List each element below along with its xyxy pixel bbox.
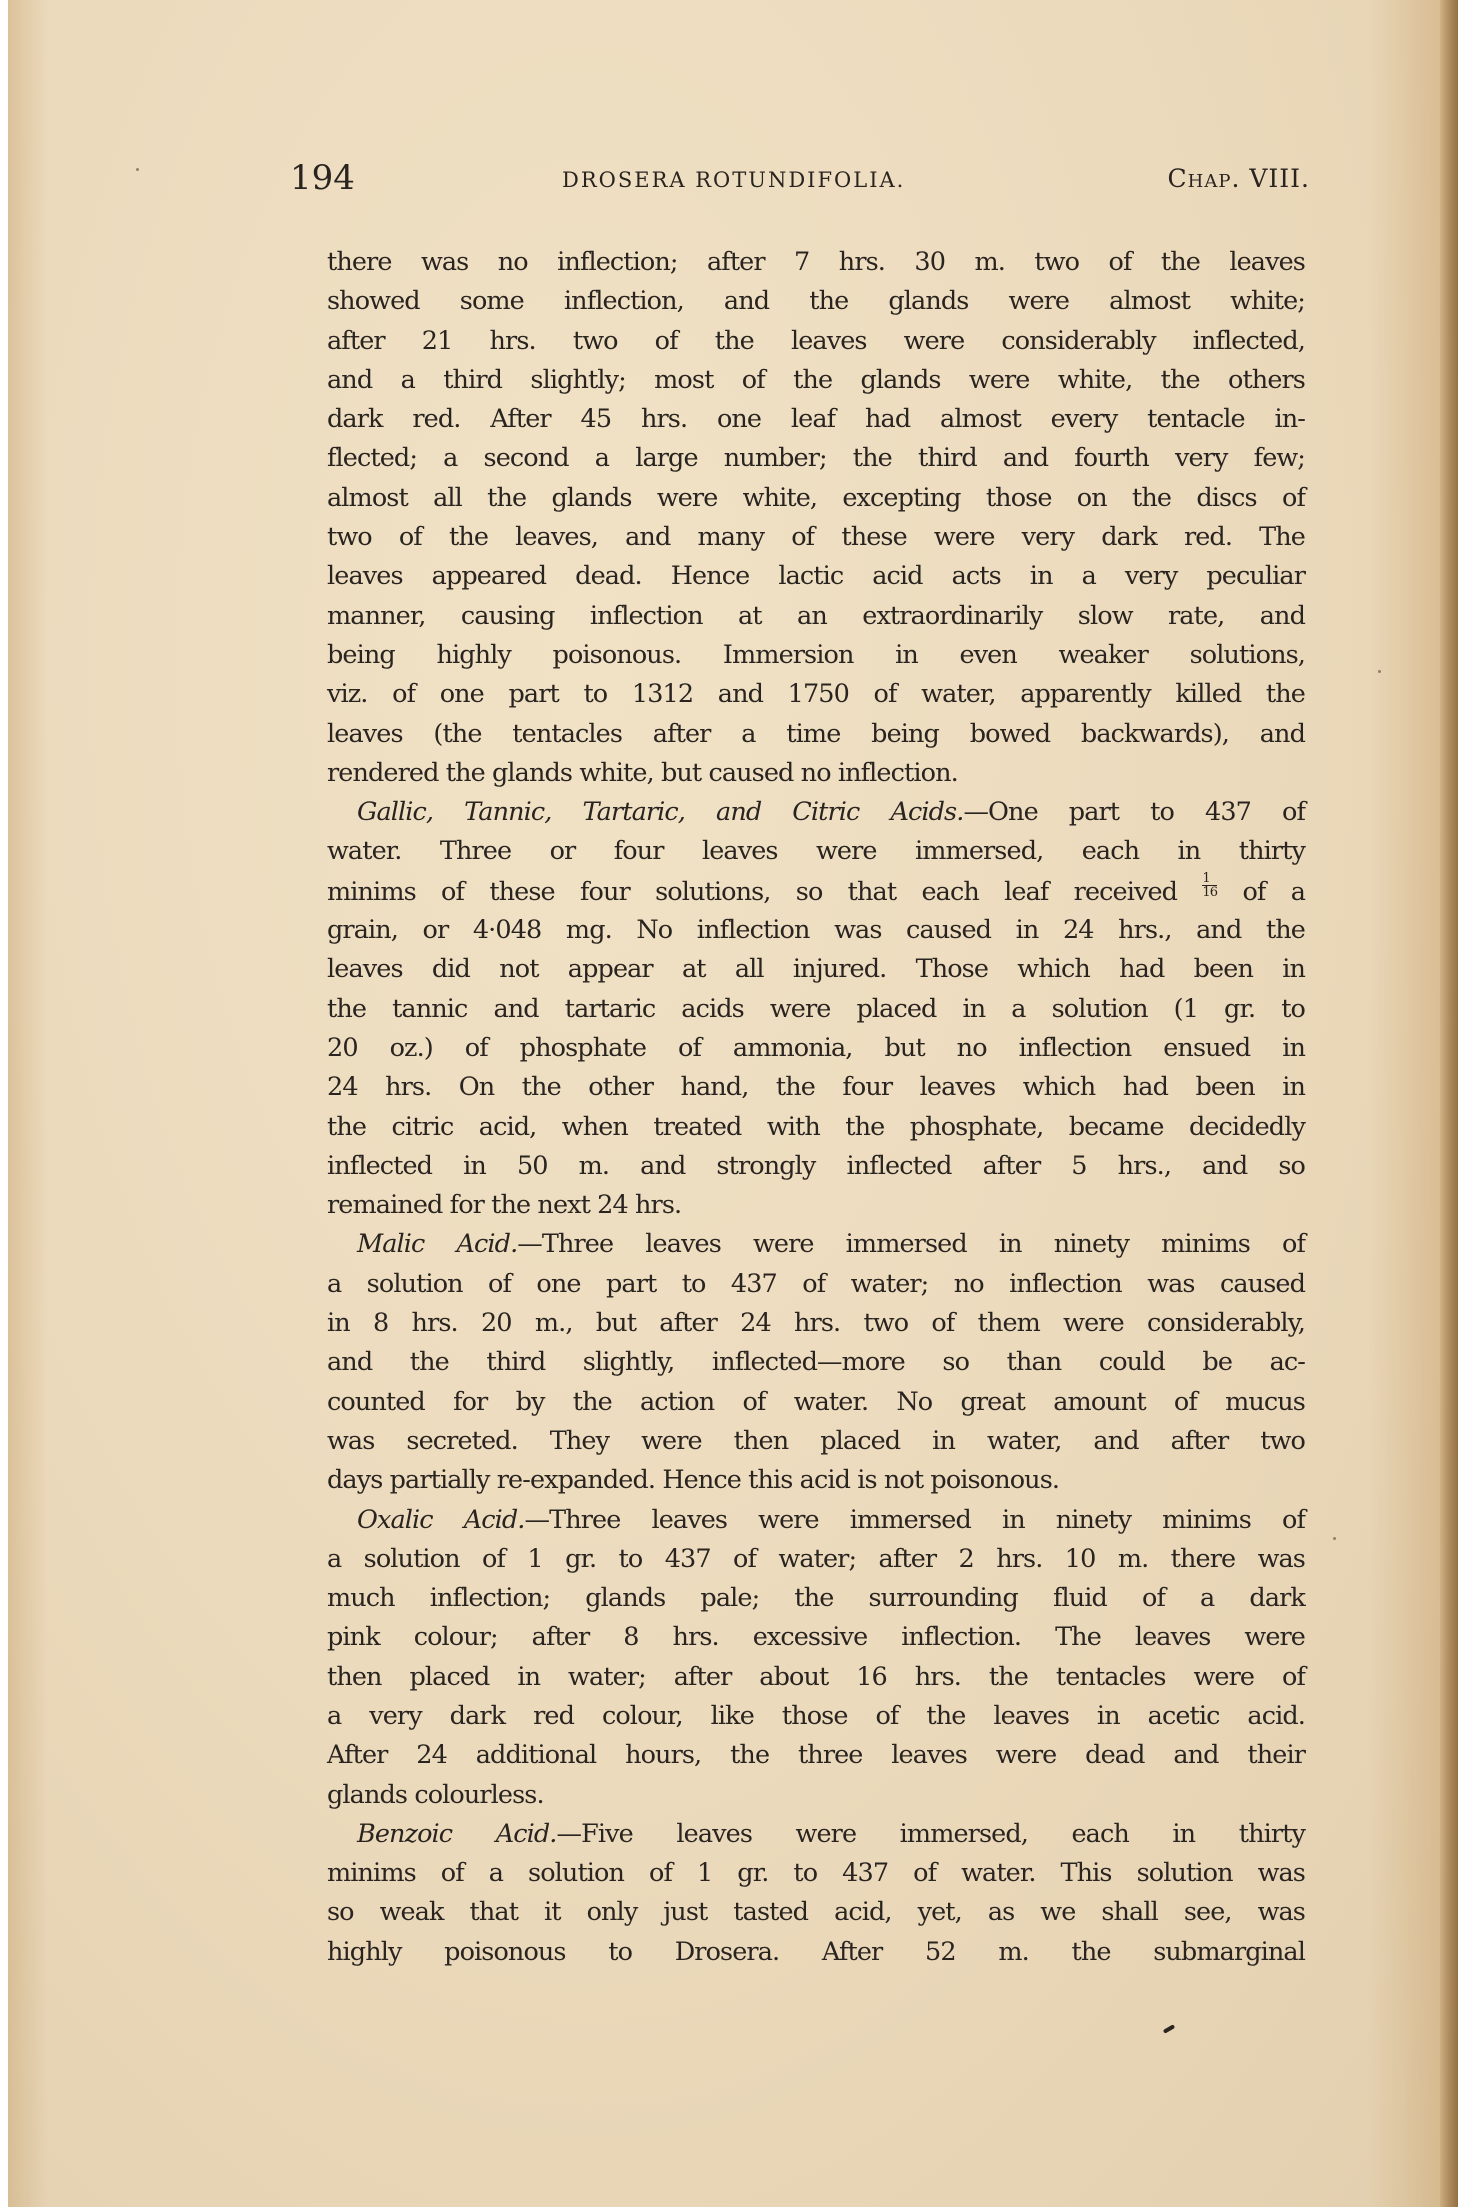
text-line: viz. of one part to 1312 and 1750 of wat… — [327, 675, 1305, 714]
text-line: a very dark red colour, like those of th… — [327, 1697, 1305, 1736]
text-line: inflected in 50 m. and strongly inflecte… — [327, 1147, 1305, 1186]
paper-speck — [1333, 1537, 1336, 1540]
paragraph-malic: Malic Acid.—Three leaves were immersed i… — [327, 1225, 1305, 1500]
text-line: and a third slightly; most of the glands… — [327, 361, 1305, 400]
text-line: after 21 hrs. two of the leaves were con… — [327, 322, 1305, 361]
body-text: there was no inflection; after 7 hrs. 30… — [327, 243, 1305, 1972]
text-line: Oxalic Acid.—Three leaves were immersed … — [327, 1501, 1305, 1540]
section-heading: Malic Acid. — [357, 1229, 517, 1259]
paragraph-benzoic: Benzoic Acid.—Five leaves were immersed,… — [327, 1815, 1305, 1972]
text-line: flected; a second a large number; the th… — [327, 439, 1305, 478]
text-line: leaves (the tentacles after a time being… — [327, 715, 1305, 754]
text-line: and the third slightly, inflected—more s… — [327, 1343, 1305, 1382]
text-line: glands colourless. — [327, 1776, 1305, 1815]
text-line: much inflection; glands pale; the surrou… — [327, 1579, 1305, 1618]
text-line: After 24 additional hours, the three lea… — [327, 1736, 1305, 1775]
paragraph-oxalic: Oxalic Acid.—Three leaves were immersed … — [327, 1501, 1305, 1815]
paragraph-lactic-continued: there was no inflection; after 7 hrs. 30… — [327, 243, 1305, 793]
text-line: the tannic and tartaric acids were place… — [327, 990, 1305, 1029]
running-header: 194 DROSERA ROTUNDIFOLIA. Chap. VIII. — [290, 158, 1310, 208]
paragraph-gallic-tannic-tartaric-citric: Gallic, Tannic, Tartaric, and Citric Aci… — [327, 793, 1305, 1225]
text-line: showed some inflection, and the glands w… — [327, 282, 1305, 321]
text-line: in 8 hrs. 20 m., but after 24 hrs. two o… — [327, 1304, 1305, 1343]
section-heading: Gallic, Tannic, Tartaric, and Citric Aci… — [357, 797, 963, 827]
chapter-label: Chap. VIII. — [1168, 164, 1310, 193]
text-line: grain, or 4·048 mg. No inflection was ca… — [327, 911, 1305, 950]
text-line: highly poisonous to Drosera. After 52 m.… — [327, 1933, 1305, 1972]
text-line: counted for by the action of water. No g… — [327, 1383, 1305, 1422]
page-edge-shadow — [1440, 0, 1458, 2207]
text-line: minims of a solution of 1 gr. to 437 of … — [327, 1854, 1305, 1893]
page-number: 194 — [290, 158, 355, 198]
text-line: leaves did not appear at all injured. Th… — [327, 950, 1305, 989]
text-line: Benzoic Acid.—Five leaves were immersed,… — [327, 1815, 1305, 1854]
section-heading: Oxalic Acid. — [357, 1505, 525, 1535]
text-line: minims of these four solutions, so that … — [327, 872, 1305, 911]
text-line: was secreted. They were then placed in w… — [327, 1422, 1305, 1461]
text-line: a solution of one part to 437 of water; … — [327, 1265, 1305, 1304]
text-line: the citric acid, when treated with the p… — [327, 1108, 1305, 1147]
section-heading: Benzoic Acid. — [357, 1819, 557, 1849]
text-line: dark red. After 45 hrs. one leaf had alm… — [327, 400, 1305, 439]
text-line: 24 hrs. On the other hand, the four leav… — [327, 1068, 1305, 1107]
text-line: 20 oz.) of phosphate of ammonia, but no … — [327, 1029, 1305, 1068]
text-line: there was no inflection; after 7 hrs. 30… — [327, 243, 1305, 282]
fraction: 116 — [1202, 872, 1217, 899]
text-line: manner, causing inflection at an extraor… — [327, 597, 1305, 636]
text-line: almost all the glands were white, except… — [327, 479, 1305, 518]
text-line: Gallic, Tannic, Tartaric, and Citric Aci… — [327, 793, 1305, 832]
text-line: two of the leaves, and many of these wer… — [327, 518, 1305, 557]
text-line: leaves appeared dead. Hence lactic acid … — [327, 557, 1305, 596]
text-line: a solution of 1 gr. to 437 of water; aft… — [327, 1540, 1305, 1579]
paper-speck — [1378, 670, 1381, 673]
text-line: rendered the glands white, but caused no… — [327, 754, 1305, 793]
text-line: remained for the next 24 hrs. — [327, 1186, 1305, 1225]
paper-speck — [136, 168, 139, 171]
text-line: then placed in water; after about 16 hrs… — [327, 1658, 1305, 1697]
text-line: days partially re-expanded. Hence this a… — [327, 1461, 1305, 1500]
text-line: pink colour; after 8 hrs. excessive infl… — [327, 1618, 1305, 1657]
text-line: Malic Acid.—Three leaves were immersed i… — [327, 1225, 1305, 1264]
running-title: DROSERA ROTUNDIFOLIA. — [562, 168, 905, 192]
text-line: so weak that it only just tasted acid, y… — [327, 1893, 1305, 1932]
text-line: being highly poisonous. Immersion in eve… — [327, 636, 1305, 675]
text-line: water. Three or four leaves were immerse… — [327, 832, 1305, 871]
